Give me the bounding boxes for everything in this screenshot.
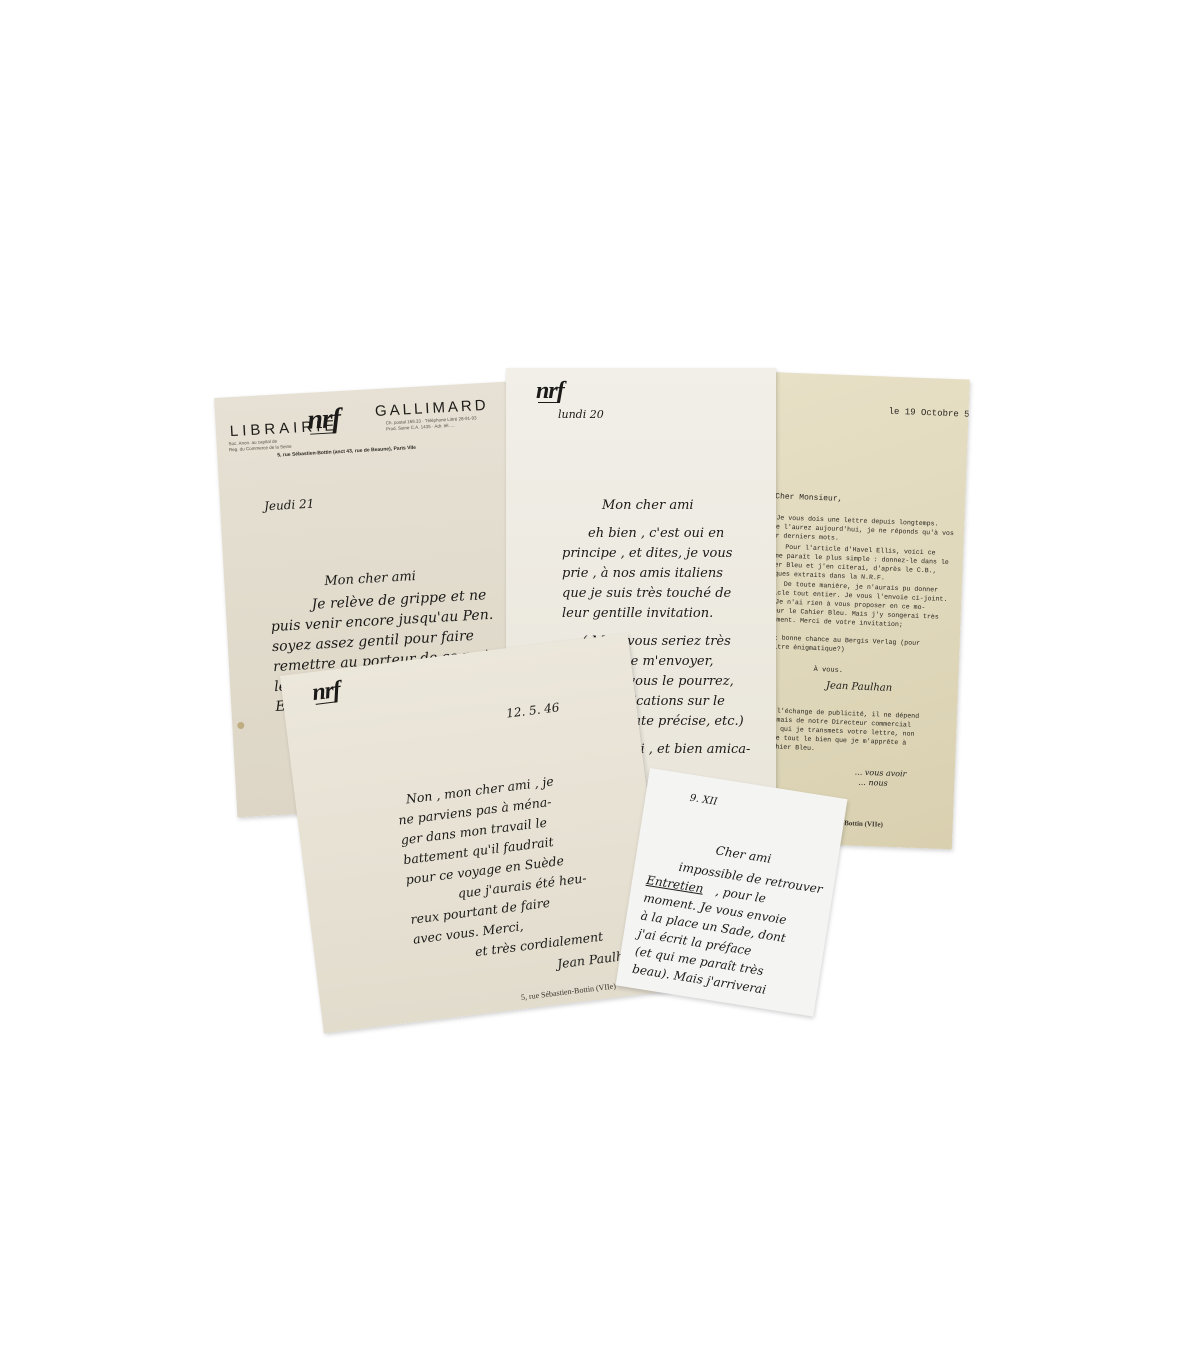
card-9-xii-sheet: 9. XII Cher ami impossible de retrouver … [616,768,848,1017]
nrf-logo: nrf [307,403,342,437]
signature: Jean Paulhan [826,680,893,694]
typed-line: titre énigmatique?) [769,643,844,653]
handwritten-line: leur gentille invitation. [562,606,713,621]
letter-salutation: Mon cher ami [602,498,694,513]
closing: À vous. [813,666,843,675]
handwritten-line: principe , et dites, je vous [562,546,732,561]
letter-salutation: Cher Monsieur, [775,492,843,504]
paper-stain [237,722,244,729]
nrf-logo: nrf [536,378,564,405]
handwritten-note: ... nous [858,778,888,788]
letter-salutation: Mon cher ami [324,569,416,589]
nrf-12-5-46-letter-sheet: nrf 12. 5. 46 Non , mon cher ami , je ne… [280,633,671,1033]
letter-date: lundi 20 [558,408,604,421]
handwritten-line: eh bien , c'est oui en [588,526,724,541]
handwritten-line: reux pourtant de faire [410,895,551,927]
letter-date: 12. 5. 46 [505,700,560,720]
typed-letter-sheet: le 19 Octobre 53 Cher Monsieur, Je vous … [752,372,970,849]
handwritten-line: prie , à nos amis italiens [562,566,723,581]
letter-footer: 5, rue Sébastien-Bottin (VIIe) [520,981,616,1002]
letter-date: 9. XII [689,793,718,808]
letter-date: Jeudi 21 [264,497,315,514]
letter-salutation: Cher ami [715,843,772,866]
handwritten-line: que je suis très touché de [562,586,731,601]
nrf-logo: nrf [311,677,342,707]
letter-date: le 19 Octobre 53 [888,407,969,420]
letterhead-address: 5, rue Sébastien-Bottin (anct 43, rue de… [277,445,416,459]
